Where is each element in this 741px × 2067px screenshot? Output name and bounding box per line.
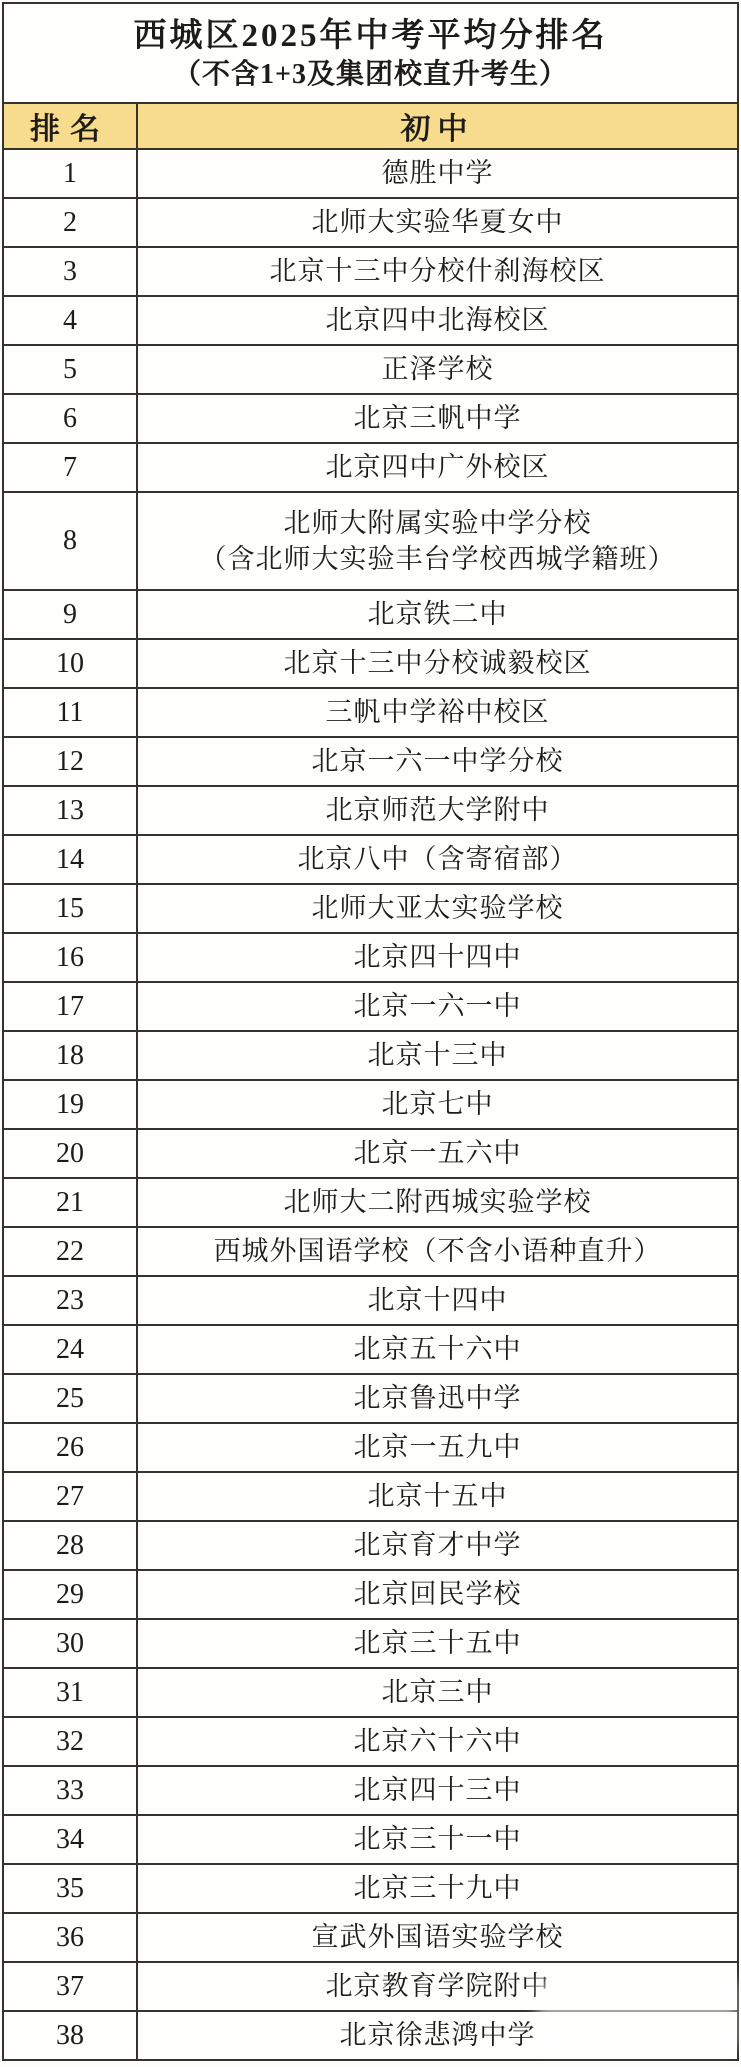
school-cell: 北京四十三中 [137, 1766, 738, 1815]
school-cell: 西城外国语学校（不含小语种直升） [137, 1227, 738, 1276]
school-name: 宣武外国语实验学校 [138, 1919, 737, 1955]
rank-cell: 38 [3, 2011, 137, 2060]
school-name: 北师大附属实验中学分校 [138, 505, 737, 541]
rank-cell: 29 [3, 1570, 137, 1619]
school-cell: 北师大亚太实验学校 [137, 884, 738, 933]
rank-cell: 16 [3, 933, 137, 982]
rank-cell: 33 [3, 1766, 137, 1815]
table-row: 32北京六十六中 [3, 1717, 738, 1766]
school-cell: 北京三十五中 [137, 1619, 738, 1668]
rank-cell: 14 [3, 835, 137, 884]
rank-cell: 2 [3, 198, 137, 247]
school-name: 正泽学校 [138, 351, 737, 387]
school-cell: 北京教育学院附中 [137, 1962, 738, 2011]
school-name: 北京四中北海校区 [138, 302, 737, 338]
rank-cell: 19 [3, 1080, 137, 1129]
table-row: 22西城外国语学校（不含小语种直升） [3, 1227, 738, 1276]
table-row: 27北京十五中 [3, 1472, 738, 1521]
school-cell: 北京五十六中 [137, 1325, 738, 1374]
rank-cell: 24 [3, 1325, 137, 1374]
header-row: 排名 初中 [3, 103, 738, 149]
school-name: 北京十三中分校什刹海校区 [138, 253, 737, 289]
school-name: 北京鲁迅中学 [138, 1380, 737, 1416]
rank-cell: 23 [3, 1276, 137, 1325]
rank-cell: 36 [3, 1913, 137, 1962]
school-name: 西城外国语学校（不含小语种直升） [138, 1233, 737, 1269]
table-row: 6北京三帆中学 [3, 394, 738, 443]
school-name-note: （含北师大实验丰台学校西城学籍班） [138, 541, 737, 577]
rank-cell: 21 [3, 1178, 137, 1227]
school-cell: 北京育才中学 [137, 1521, 738, 1570]
page-title: 西城区2025年中考平均分排名 （不含1+3及集团校直升考生） [3, 3, 738, 103]
rank-cell: 30 [3, 1619, 137, 1668]
table-row: 38北京徐悲鸿中学 [3, 2011, 738, 2060]
table-row: 5正泽学校 [3, 345, 738, 394]
school-cell: 北京四中广外校区 [137, 443, 738, 492]
school-name: 北京十五中 [138, 1478, 737, 1514]
rank-cell: 17 [3, 982, 137, 1031]
school-name: 北京三十九中 [138, 1870, 737, 1906]
rank-cell: 11 [3, 688, 137, 737]
table-row: 7北京四中广外校区 [3, 443, 738, 492]
table-row: 19北京七中 [3, 1080, 738, 1129]
rank-cell: 28 [3, 1521, 137, 1570]
table-row: 25北京鲁迅中学 [3, 1374, 738, 1423]
school-name: 北师大二附西城实验学校 [138, 1184, 737, 1220]
table-row: 20北京一五六中 [3, 1129, 738, 1178]
school-name: 北京七中 [138, 1086, 737, 1122]
school-cell: 北京四中北海校区 [137, 296, 738, 345]
rank-cell: 12 [3, 737, 137, 786]
title-subtitle: （不含1+3及集团校直升考生） [4, 58, 737, 92]
school-name: 北京八中（含寄宿部） [138, 841, 737, 877]
school-name: 北京三十五中 [138, 1625, 737, 1661]
table-row: 1德胜中学 [3, 149, 738, 198]
table-row: 33北京四十三中 [3, 1766, 738, 1815]
rank-cell: 5 [3, 345, 137, 394]
school-name: 北京徐悲鸿中学 [138, 2017, 737, 2053]
table-row: 37北京教育学院附中 [3, 1962, 738, 2011]
ranking-table: 西城区2025年中考平均分排名 （不含1+3及集团校直升考生） 排名 初中 1德… [2, 2, 739, 2061]
school-cell: 德胜中学 [137, 149, 738, 198]
rank-cell: 13 [3, 786, 137, 835]
rank-cell: 18 [3, 1031, 137, 1080]
school-name: 北京一五六中 [138, 1135, 737, 1171]
school-name: 北京十三中分校诚毅校区 [138, 645, 737, 681]
rank-cell: 31 [3, 1668, 137, 1717]
school-cell: 北京徐悲鸿中学 [137, 2011, 738, 2060]
document-sheet: 西城区2025年中考平均分排名 （不含1+3及集团校直升考生） 排名 初中 1德… [0, 0, 741, 2067]
table-row: 2北师大实验华夏女中 [3, 198, 738, 247]
rank-cell: 37 [3, 1962, 137, 2011]
title-main: 西城区2025年中考平均分排名 [4, 14, 737, 59]
rank-cell: 8 [3, 492, 137, 590]
school-name: 北京四十四中 [138, 939, 737, 975]
school-cell: 北京十三中 [137, 1031, 738, 1080]
school-name: 北京四十三中 [138, 1772, 737, 1808]
rank-cell: 35 [3, 1864, 137, 1913]
school-cell: 北京一六一中 [137, 982, 738, 1031]
table-row: 29北京回民学校 [3, 1570, 738, 1619]
school-cell: 北京三帆中学 [137, 394, 738, 443]
rank-cell: 9 [3, 590, 137, 639]
school-name: 北师大实验华夏女中 [138, 204, 737, 240]
school-name: 北京十三中 [138, 1037, 737, 1073]
column-header-school: 初中 [137, 103, 738, 149]
table-body: 1德胜中学2北师大实验华夏女中3北京十三中分校什刹海校区4北京四中北海校区5正泽… [3, 149, 738, 2060]
table-row: 16北京四十四中 [3, 933, 738, 982]
school-cell: 北京十五中 [137, 1472, 738, 1521]
school-name: 北京三十一中 [138, 1821, 737, 1857]
school-cell: 北京鲁迅中学 [137, 1374, 738, 1423]
school-cell: 北京三中 [137, 1668, 738, 1717]
school-cell: 北京十三中分校什刹海校区 [137, 247, 738, 296]
school-cell: 北京一五九中 [137, 1423, 738, 1472]
school-name: 北京十四中 [138, 1282, 737, 1318]
school-cell: 北京十三中分校诚毅校区 [137, 639, 738, 688]
school-name: 北京三中 [138, 1674, 737, 1710]
school-name: 北京四中广外校区 [138, 449, 737, 485]
table-row: 11三帆中学裕中校区 [3, 688, 738, 737]
rank-cell: 27 [3, 1472, 137, 1521]
table-row: 4北京四中北海校区 [3, 296, 738, 345]
table-row: 35北京三十九中 [3, 1864, 738, 1913]
school-cell: 三帆中学裕中校区 [137, 688, 738, 737]
school-name: 北京六十六中 [138, 1723, 737, 1759]
rank-cell: 15 [3, 884, 137, 933]
school-cell: 北京十四中 [137, 1276, 738, 1325]
rank-cell: 7 [3, 443, 137, 492]
school-cell: 北京八中（含寄宿部） [137, 835, 738, 884]
school-name: 北京回民学校 [138, 1576, 737, 1612]
rank-cell: 6 [3, 394, 137, 443]
school-cell: 北京一五六中 [137, 1129, 738, 1178]
rank-cell: 32 [3, 1717, 137, 1766]
table-row: 30北京三十五中 [3, 1619, 738, 1668]
rank-cell: 3 [3, 247, 137, 296]
table-row: 23北京十四中 [3, 1276, 738, 1325]
school-name: 北京三帆中学 [138, 400, 737, 436]
school-name: 德胜中学 [138, 155, 737, 191]
table-row: 9北京铁二中 [3, 590, 738, 639]
table-row: 28北京育才中学 [3, 1521, 738, 1570]
school-name: 北京一五九中 [138, 1429, 737, 1465]
table-row: 18北京十三中 [3, 1031, 738, 1080]
school-name: 北京铁二中 [138, 596, 737, 632]
school-name: 北京师范大学附中 [138, 792, 737, 828]
school-cell: 北京师范大学附中 [137, 786, 738, 835]
school-cell: 宣武外国语实验学校 [137, 1913, 738, 1962]
school-name: 北京教育学院附中 [138, 1968, 737, 2004]
column-header-rank: 排名 [3, 103, 137, 149]
school-cell: 北师大二附西城实验学校 [137, 1178, 738, 1227]
table-row: 3北京十三中分校什刹海校区 [3, 247, 738, 296]
school-name: 北京育才中学 [138, 1527, 737, 1563]
school-cell: 北京回民学校 [137, 1570, 738, 1619]
school-cell: 正泽学校 [137, 345, 738, 394]
rank-cell: 1 [3, 149, 137, 198]
table-row: 21北师大二附西城实验学校 [3, 1178, 738, 1227]
rank-cell: 20 [3, 1129, 137, 1178]
table-row: 8北师大附属实验中学分校（含北师大实验丰台学校西城学籍班） [3, 492, 738, 590]
school-cell: 北京三十一中 [137, 1815, 738, 1864]
table-row: 34北京三十一中 [3, 1815, 738, 1864]
school-cell: 北京四十四中 [137, 933, 738, 982]
school-cell: 北京七中 [137, 1080, 738, 1129]
table-row: 13北京师范大学附中 [3, 786, 738, 835]
table-row: 17北京一六一中 [3, 982, 738, 1031]
rank-cell: 4 [3, 296, 137, 345]
school-cell: 北京铁二中 [137, 590, 738, 639]
table-row: 26北京一五九中 [3, 1423, 738, 1472]
school-name: 北京五十六中 [138, 1331, 737, 1367]
school-name: 三帆中学裕中校区 [138, 694, 737, 730]
school-cell: 北京三十九中 [137, 1864, 738, 1913]
rank-cell: 34 [3, 1815, 137, 1864]
school-name: 北京一六一中 [138, 988, 737, 1024]
rank-cell: 26 [3, 1423, 137, 1472]
school-cell: 北京六十六中 [137, 1717, 738, 1766]
rank-cell: 22 [3, 1227, 137, 1276]
table-row: 12北京一六一中学分校 [3, 737, 738, 786]
school-name: 北师大亚太实验学校 [138, 890, 737, 926]
school-cell: 北师大实验华夏女中 [137, 198, 738, 247]
rank-cell: 10 [3, 639, 137, 688]
table-row: 36宣武外国语实验学校 [3, 1913, 738, 1962]
table-row: 14北京八中（含寄宿部） [3, 835, 738, 884]
table-row: 31北京三中 [3, 1668, 738, 1717]
school-cell: 北京一六一中学分校 [137, 737, 738, 786]
table-row: 10北京十三中分校诚毅校区 [3, 639, 738, 688]
table-row: 15北师大亚太实验学校 [3, 884, 738, 933]
school-name: 北京一六一中学分校 [138, 743, 737, 779]
rank-cell: 25 [3, 1374, 137, 1423]
title-row: 西城区2025年中考平均分排名 （不含1+3及集团校直升考生） [3, 3, 738, 103]
school-cell: 北师大附属实验中学分校（含北师大实验丰台学校西城学籍班） [137, 492, 738, 590]
table-row: 24北京五十六中 [3, 1325, 738, 1374]
